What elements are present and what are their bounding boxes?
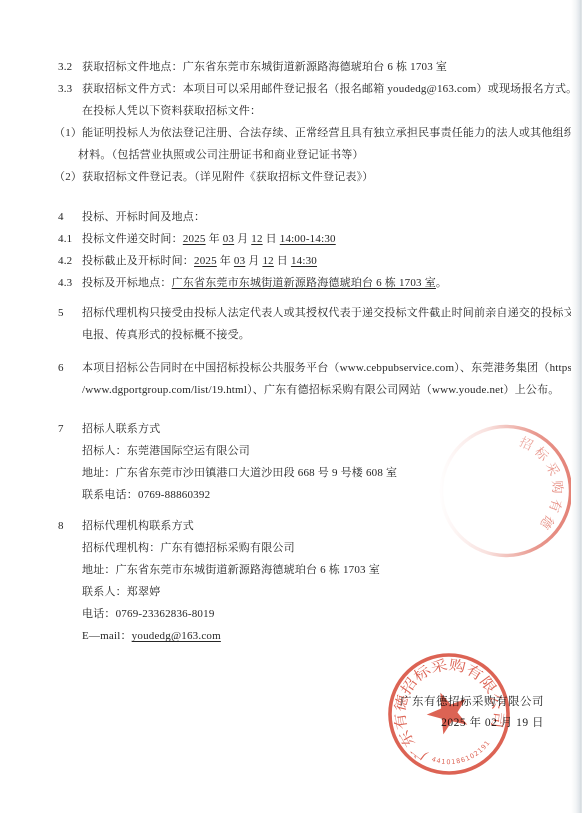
line-text: 招标代理机构只接受由投标人法定代表人或其授权代表于递交投标文件截止时间前亲自递交… xyxy=(82,307,582,319)
item-number: 4.3 xyxy=(58,272,82,294)
unit-text: 日 xyxy=(274,255,291,267)
svg-text:4410186102191: 4410186102191 xyxy=(428,733,495,776)
email-value: youdedg@163.com xyxy=(132,630,221,642)
signature-block: 广东有德招标采购有限公司 2025 年 02 月 19 日 xyxy=(400,692,544,734)
item-number: 3.3 xyxy=(58,78,82,100)
item-number: 3.2 xyxy=(58,56,82,78)
line-text: 招标人：东莞港国际空运有限公司 xyxy=(82,445,250,457)
section-4-heading: 4投标、开标时间及地点： xyxy=(58,206,550,228)
agency-email-line: E—mail：youdedg@163.com xyxy=(58,625,550,647)
unit-text: 年 xyxy=(217,255,234,267)
tenderer-address-line: 地址：广东省东莞市沙田镇港口大道沙田段 668 号 9 号楼 608 室 xyxy=(58,462,550,484)
line-text: 招标代理机构：广东有德招标采购有限公司 xyxy=(82,542,295,554)
line-text: /www.dgportgroup.com/list/19.html）、广东有德招… xyxy=(82,384,560,396)
field-value-month: 03 xyxy=(234,255,245,267)
line-paren-1-cont: 材料。（包括营业执照或公司注册证书和商业登记证书等） xyxy=(58,144,550,166)
scan-page-edge-shadow xyxy=(571,0,582,813)
field-value-day: 12 xyxy=(251,233,262,245)
line-text: 联系电话：0769-88860392 xyxy=(82,489,210,501)
line-text: 在投标人凭以下资料获取招标文件： xyxy=(82,105,261,117)
section-8-heading: 8招标代理机构联系方式 xyxy=(58,515,550,537)
unit-text: 月 xyxy=(234,233,251,245)
item-number: 7 xyxy=(58,418,82,440)
item-number: （1） xyxy=(54,127,82,139)
document-body: 3.2获取招标文件地点：广东省东莞市东城街道新源路海德琥珀台 6 栋 1703 … xyxy=(58,56,550,647)
line-text: 材料。（包括营业执照或公司注册证书和商业登记证书等） xyxy=(78,149,364,161)
field-value-address: 广东省东莞市东城街道新源路海德琥珀台 6 栋 1703 室 xyxy=(172,277,436,289)
field-value-month: 03 xyxy=(223,233,234,245)
item-number: （2） xyxy=(54,171,82,183)
signer-company-name: 广东有德招标采购有限公司 xyxy=(400,692,544,713)
field-value-day: 12 xyxy=(262,255,273,267)
line-3-2: 3.2获取招标文件地点：广东省东莞市东城街道新源路海德琥珀台 6 栋 1703 … xyxy=(58,56,550,78)
field-label: 投标截止及开标时间： xyxy=(82,255,194,267)
item-number: 4.1 xyxy=(58,228,82,250)
line-paren-2: （2）获取招标文件登记表。（详见附件《获取招标文件登记表》） xyxy=(54,166,550,188)
line-text: 获取招标文件登记表。（详见附件《获取招标文件登记表》） xyxy=(82,171,373,183)
section-title: 招标人联系方式 xyxy=(82,423,160,435)
line-text: 。 xyxy=(436,277,447,289)
signature-date: 2025 年 02 月 19 日 xyxy=(400,713,544,734)
unit-text: 日 xyxy=(263,233,280,245)
field-label: 投标及开标地点： xyxy=(82,277,172,289)
agency-name-line: 招标代理机构：广东有德招标采购有限公司 xyxy=(58,537,550,559)
field-value-year: 2025 xyxy=(183,233,206,245)
line-text: 能证明投标人为依法登记注册、合法存续、正常经营且具有独立承担民事责任能力的法人或… xyxy=(82,127,582,139)
line-3-3-cont: 在投标人凭以下资料获取招标文件： xyxy=(58,100,550,122)
scanned-document-page: 3.2获取招标文件地点：广东省东莞市东城街道新源路海德琥珀台 6 栋 1703 … xyxy=(0,0,582,813)
agency-contact-line: 联系人：郑翠婷 xyxy=(58,581,550,603)
line-text: 获取招标文件地点：广东省东莞市东城街道新源路海德琥珀台 6 栋 1703 室 xyxy=(82,61,447,73)
tenderer-phone-line: 联系电话：0769-88860392 xyxy=(58,484,550,506)
line-5-cont: 电报、传真形式的投标概不接受。 xyxy=(58,324,550,346)
item-number: 6 xyxy=(58,357,82,379)
field-label: E—mail： xyxy=(82,630,132,642)
line-text: 联系人：郑翠婷 xyxy=(82,586,160,598)
item-number: 5 xyxy=(58,302,82,324)
line-text: 地址：广东省东莞市沙田镇港口大道沙田段 668 号 9 号楼 608 室 xyxy=(82,467,397,479)
line-text: 本项目招标公告同时在中国招标投标公共服务平台（www.cebpubservice… xyxy=(82,362,578,374)
line-4-3: 4.3投标及开标地点：广东省东莞市东城街道新源路海德琥珀台 6 栋 1703 室… xyxy=(58,272,550,294)
line-6-cont: /www.dgportgroup.com/list/19.html）、广东有德招… xyxy=(58,379,550,401)
unit-text: 年 xyxy=(206,233,223,245)
section-title: 投标、开标时间及地点： xyxy=(82,211,205,223)
tenderer-name-line: 招标人：东莞港国际空运有限公司 xyxy=(58,440,550,462)
line-paren-1: （1）能证明投标人为依法登记注册、合法存续、正常经营且具有独立承担民事责任能力的… xyxy=(54,122,550,144)
line-6: 6本项目招标公告同时在中国招标投标公共服务平台（www.cebpubservic… xyxy=(58,357,550,379)
field-value-time: 14:00-14:30 xyxy=(280,233,336,245)
agency-phone-line: 电话：0769-23362836-8019 xyxy=(58,603,550,625)
line-text: 电报、传真形式的投标概不接受。 xyxy=(82,329,250,341)
agency-address-line: 地址：广东省东莞市东城街道新源路海德琥珀台 6 栋 1703 室 xyxy=(58,559,550,581)
field-label: 投标文件递交时间： xyxy=(82,233,183,245)
item-number: 4 xyxy=(58,206,82,228)
item-number: 8 xyxy=(58,515,82,537)
line-5: 5招标代理机构只接受由投标人法定代表人或其授权代表于递交投标文件截止时间前亲自递… xyxy=(58,302,550,324)
line-text: 获取招标文件方式：本项目可以采用邮件登记报名（报名邮箱 youdedg@163.… xyxy=(82,83,582,95)
section-7-heading: 7招标人联系方式 xyxy=(58,418,550,440)
line-4-2: 4.2投标截止及开标时间：2025 年 03 月 12 日 14:30 xyxy=(58,250,550,272)
unit-text: 月 xyxy=(245,255,262,267)
field-value-year: 2025 xyxy=(194,255,217,267)
field-value-time: 14:30 xyxy=(291,255,317,267)
line-text: 地址：广东省东莞市东城街道新源路海德琥珀台 6 栋 1703 室 xyxy=(82,564,380,576)
section-title: 招标代理机构联系方式 xyxy=(82,520,194,532)
item-number: 4.2 xyxy=(58,250,82,272)
line-text: 电话：0769-23362836-8019 xyxy=(82,608,215,620)
line-3-3: 3.3获取招标文件方式：本项目可以采用邮件登记报名（报名邮箱 youdedg@1… xyxy=(58,78,550,100)
line-4-1: 4.1投标文件递交时间：2025 年 03 月 12 日 14:00-14:30 xyxy=(58,228,550,250)
seal-number-text: 4410186102191 xyxy=(428,733,495,776)
